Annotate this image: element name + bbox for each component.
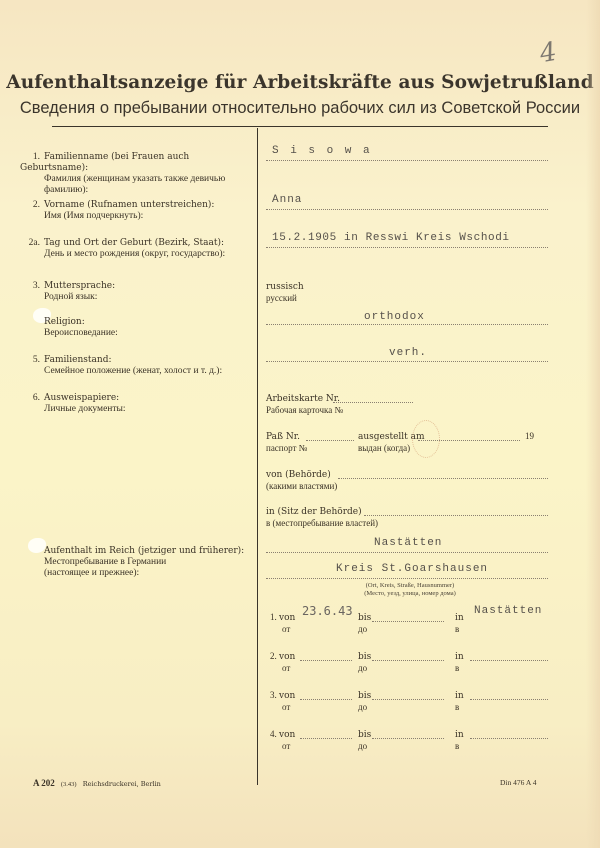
- field-4-label: 4.Religion: Вероисповедание:: [20, 317, 256, 339]
- title-rule: [52, 126, 548, 127]
- authority-seat-line[interactable]: [364, 515, 548, 516]
- first-name-line: [266, 209, 548, 210]
- birth-line: [266, 247, 548, 248]
- field-2-label: 2.Vorname (Rufnamen unterstreichen): Имя…: [20, 200, 256, 222]
- authority-label: von (Behörde) (какими властями): [266, 469, 337, 492]
- birth-date-place-value[interactable]: 15.2.1905 in Resswi Kreis Wschodi: [272, 232, 510, 244]
- in-line-4[interactable]: [470, 738, 548, 739]
- title-german: Aufenthaltsanzeige für Arbeitskräfte aus…: [0, 72, 600, 93]
- faded-stamp: [412, 420, 440, 458]
- bis-line-2[interactable]: [372, 660, 444, 661]
- column-divider: [257, 128, 258, 785]
- form-footer-left: A 202 (3.43) Reichsdruckerei, Berlin: [33, 778, 161, 788]
- religion-value[interactable]: orthodox: [364, 311, 425, 323]
- in-line-3[interactable]: [470, 699, 548, 700]
- field-1-label-ru: Фамилия (женщинам указать также девичью …: [20, 174, 256, 196]
- bis-line-1[interactable]: [372, 621, 444, 622]
- field-5-label: 5.Familienstand: Семейное положение (жен…: [20, 355, 256, 377]
- mother-tongue-value: russisch русский: [266, 281, 304, 304]
- field-7-label: 7.Aufenthalt im Reich (jetziger und früh…: [20, 546, 256, 579]
- handwritten-page-number: 4: [538, 37, 560, 69]
- field-1-label: 1.Familienname (bei Frauen auch Geburtsn…: [20, 152, 256, 196]
- bis-line-3[interactable]: [372, 699, 444, 700]
- residence-caption: (Ort, Kreis, Straße, Hausnummer) (Место,…: [330, 582, 490, 598]
- in-place-1[interactable]: Nastätten: [474, 605, 542, 617]
- von-date-1[interactable]: 23.6.43: [302, 604, 353, 618]
- marital-line: [266, 361, 548, 362]
- year-prefix: 19: [525, 431, 534, 442]
- passport-label: Paß Nr. паспорт №: [266, 431, 307, 454]
- von-line-4[interactable]: [300, 738, 352, 739]
- bis-line-4[interactable]: [372, 738, 444, 739]
- passport-number-line[interactable]: [306, 440, 354, 441]
- family-name-value[interactable]: S i s o w a: [272, 145, 372, 157]
- residence-district-value[interactable]: Kreis St.Goarshausen: [336, 563, 488, 575]
- residence-town-value[interactable]: Nastätten: [374, 537, 442, 549]
- residence-line-1: [266, 552, 548, 553]
- document-page: 4 Aufenthaltsanzeige für Arbeitskräfte a…: [0, 0, 600, 848]
- field-2a-label: 2a.Tag und Ort der Geburt (Bezirk, Staat…: [20, 238, 256, 260]
- first-name-value[interactable]: Anna: [272, 194, 302, 206]
- authority-line[interactable]: [338, 478, 548, 479]
- work-card-line[interactable]: [333, 402, 413, 403]
- residence-line-2: [266, 578, 548, 579]
- field-6-label: 6.Ausweispapiere: Личные документы:: [20, 393, 256, 415]
- title-russian: Сведения о пребывании относительно рабоч…: [0, 99, 600, 118]
- religion-line: [266, 324, 548, 325]
- in-line-2[interactable]: [470, 660, 548, 661]
- field-1-label-de: Familienname (bei Frauen auch Geburtsnam…: [20, 152, 189, 173]
- family-name-line: [266, 160, 548, 161]
- marital-status-value[interactable]: verh.: [389, 347, 427, 359]
- work-card-label: Arbeitskarte Nr. Рабочая карточка №: [266, 393, 343, 416]
- von-line-2[interactable]: [300, 660, 352, 661]
- authority-seat-label: in (Sitz der Behörde) в (местопребывание…: [266, 506, 378, 529]
- paper-norm: Din 476 A 4: [500, 778, 536, 787]
- von-line-3[interactable]: [300, 699, 352, 700]
- field-3-label: 3.Muttersprache: Родной язык:: [20, 281, 256, 303]
